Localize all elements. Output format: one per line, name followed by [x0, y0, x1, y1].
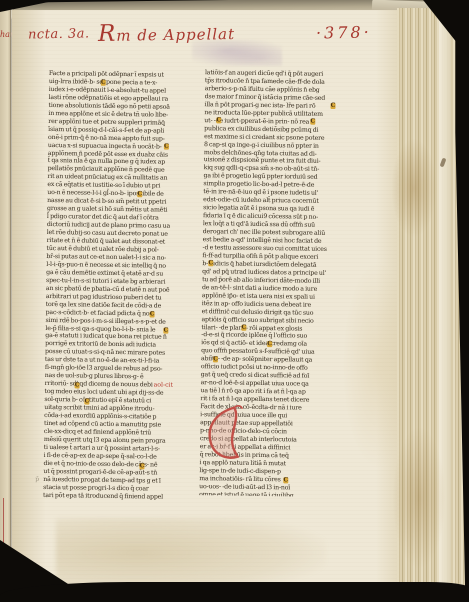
paragraph-mark: C — [330, 103, 335, 109]
paragraph-mark: C — [283, 477, 288, 483]
paragraph-mark: C — [241, 325, 246, 331]
paragraph-mark: C — [84, 399, 89, 405]
paragraph-mark: C — [267, 341, 272, 347]
text-column-left: Facte a pricipali pōt odēpnar ī expsis u… — [43, 70, 202, 504]
fore-edge-stain — [391, 138, 437, 238]
paragraph-mark: C — [137, 191, 142, 197]
red-flourish-mark — [204, 403, 251, 464]
paragraph-mark: C — [75, 382, 80, 388]
margin-annotation: p̄ — [35, 476, 39, 483]
paragraph-mark: C — [139, 463, 144, 469]
page-number: ·378· — [316, 23, 372, 43]
fore-edge-stain — [393, 428, 445, 568]
ink-offset-smudge — [192, 40, 282, 66]
paragraph-mark: C — [164, 144, 169, 150]
paragraph-mark: C — [163, 328, 168, 334]
manuscript-page: ncta. 3a. Rm de Appellat ·378· Facte a p… — [12, 10, 402, 588]
paragraph-mark: C — [216, 117, 221, 123]
fore-edge-pages — [397, 8, 465, 602]
paragraph-mark: C — [208, 260, 213, 266]
paragraph-mark: C — [310, 119, 315, 125]
text-block: Facte a pricipali pōt odēpnar ī expsis u… — [43, 70, 349, 514]
book-photo: han ncta. 3a. Rm de Appellat ·378· Facte… — [0, 0, 469, 602]
background-bottom — [0, 582, 469, 602]
paragraph-mark: C — [150, 311, 155, 317]
folio-label: ncta. 3a. — [28, 26, 90, 42]
paragraph-mark: C — [101, 80, 106, 86]
paragraph-mark: C — [213, 356, 218, 362]
red-ink-word: aol-cit — [153, 381, 175, 389]
